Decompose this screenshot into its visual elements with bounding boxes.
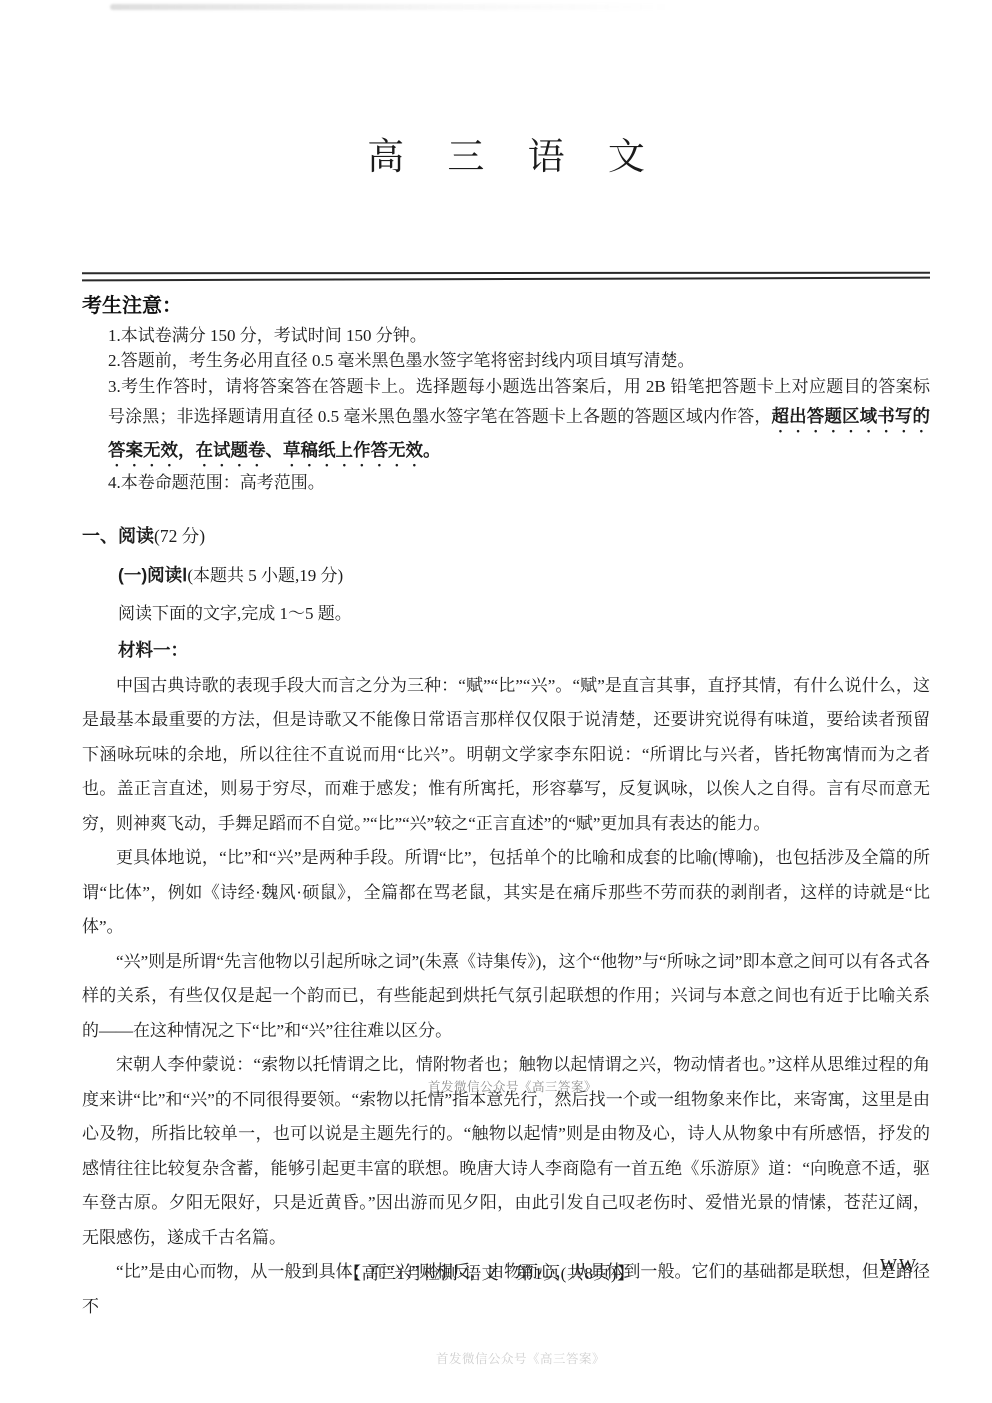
header-divider	[82, 271, 930, 281]
footer-page-label: 【高三1月检测·语文 第1页(共8页)】	[344, 1259, 634, 1284]
section-heading-score: (72 分)	[154, 526, 205, 546]
material-body: 中国古典诗歌的表现手段大而言之分为三种：“赋”“比”“兴”。“赋”是直言其事，直…	[82, 669, 930, 1325]
notice-item-2: 2.答题前，考生务必用直径 0.5 毫米黑色墨水签字笔将密封线内项目填写清楚。	[108, 348, 930, 373]
subsection-heading-bold: (一)阅读Ⅰ	[118, 565, 187, 585]
body-paragraph-2: 更具体地说，“比”和“兴”是两种手段。所谓“比”，包括单个的比喻和成套的比喻(博…	[82, 841, 930, 945]
subsection-heading-score: (本题共 5 小题,19 分)	[187, 566, 343, 585]
wechat-watermark-mid: 首发微信公众号《高三答案》	[428, 1077, 597, 1095]
page-content: 高 三 语 文 考生注意： 1.本试卷满分 150 分，考试时间 150 分钟。…	[82, 0, 930, 1324]
notice-heading: 考生注意：	[82, 289, 930, 318]
page-title: 高 三 语 文	[82, 126, 930, 180]
exam-page: 高 三 语 文 考生注意： 1.本试卷满分 150 分，考试时间 150 分钟。…	[0, 0, 992, 1403]
notice-list: 1.本试卷满分 150 分，考试时间 150 分钟。 2.答题前，考生务必用直径…	[82, 323, 930, 495]
divider-line-bottom	[82, 277, 930, 282]
notice-item-2-text: 2.答题前，考生务必用直径 0.5 毫米黑色墨水签字笔将密封线内项目填写清楚。	[108, 351, 695, 370]
body-paragraph-3: “兴”则是所谓“先言他物以引起所咏之词”(朱熹《诗集传》)，这个“他物”与“所咏…	[82, 945, 930, 1049]
divider-line-top	[82, 272, 930, 275]
wechat-watermark-bottom: 首发微信公众号《高三答案》	[436, 1349, 605, 1367]
notice-item-4-text: 4.本卷命题范围：高考范围。	[108, 473, 325, 492]
material-one-label: 材料一：	[82, 637, 930, 662]
notice-item-1: 1.本试卷满分 150 分，考试时间 150 分钟。	[108, 323, 930, 348]
section-heading: 一、阅读(72 分)	[82, 522, 930, 548]
footer-code: WW	[880, 1255, 918, 1276]
section-heading-bold: 一、阅读	[82, 526, 154, 546]
notice-item-4: 4.本卷命题范围：高考范围。	[108, 470, 930, 495]
body-paragraph-1: 中国古典诗歌的表现手段大而言之分为三种：“赋”“比”“兴”。“赋”是直言其事，直…	[82, 669, 930, 842]
reading-instruction: 阅读下面的文字,完成 1～5 题。	[82, 599, 930, 624]
subsection-heading: (一)阅读Ⅰ(本题共 5 小题,19 分)	[82, 561, 930, 587]
notice-item-3: 3.考生作答时，请将答案答在答题卡上。选择题每小题选出答案后，用 2B 铅笔把答…	[108, 373, 930, 470]
notice-item-1-text: 1.本试卷满分 150 分，考试时间 150 分钟。	[108, 326, 427, 345]
page-footer: 【高三1月检测·语文 第1页(共8页)】 WW	[82, 1259, 930, 1289]
